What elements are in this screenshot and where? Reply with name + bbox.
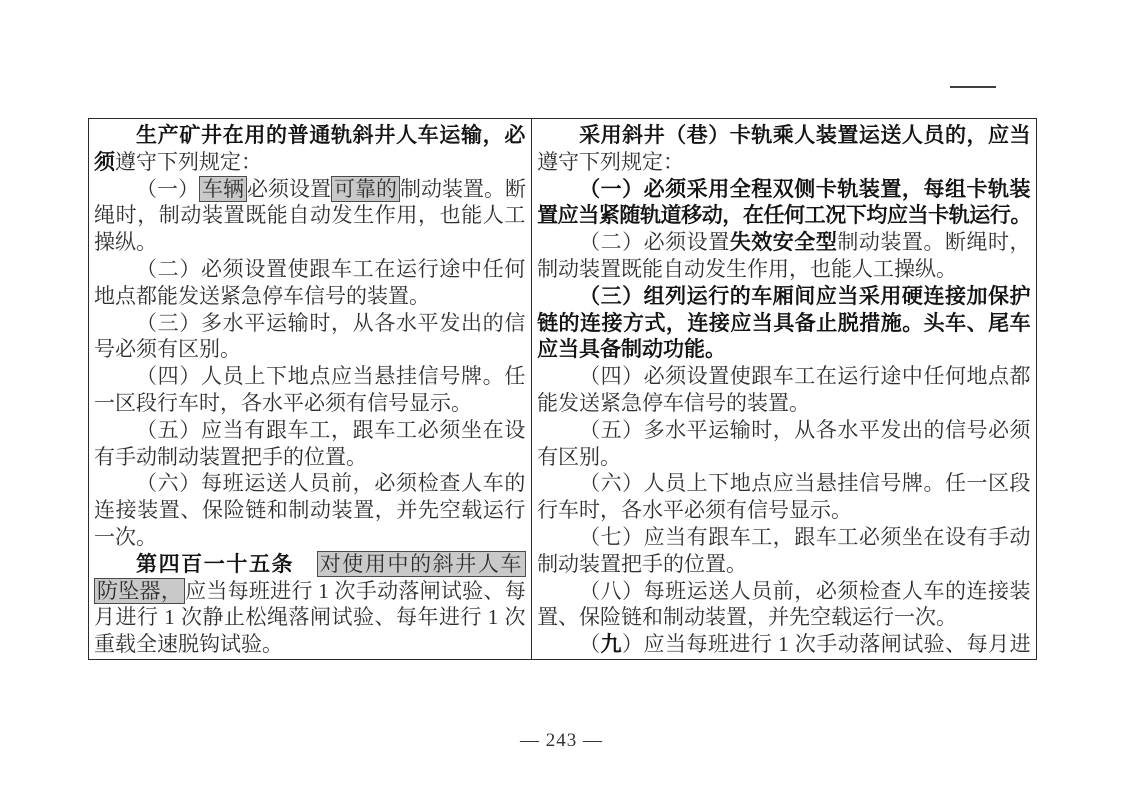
right-column: 采用斜井（巷）卡轨乘人装置运送人员的，应当遵守下列规定：（一）必须采用全程双侧卡… xyxy=(531,119,1036,659)
line-content: （二）必须设置失效安全型制动装置。断绳时， xyxy=(579,230,1031,254)
text-line: （五）应当有跟车工，跟车工必须坐在设 xyxy=(94,417,526,444)
line-content: 置应当紧随轨道移动，在任何工况下均应当卡轨运行。 xyxy=(537,203,1031,227)
line-content: 采用斜井（巷）卡轨乘人装置运送人员的，应当 xyxy=(579,123,1031,147)
text-run: （三）多水平运输时，从各水平发出的信 xyxy=(136,311,526,335)
text-line: 须遵守下列规定： xyxy=(94,149,526,176)
comparison-table: 生产矿井在用的普通轨斜井人车运输，必须遵守下列规定：（一）车辆必须设置可靠的制动… xyxy=(88,118,1037,660)
text-run: 九 xyxy=(601,633,622,656)
text-run: （四）人员上下地点应当悬挂信号牌。任 xyxy=(136,364,526,388)
text-run: （二）必须设置使跟车工在运行途中任何 xyxy=(136,257,526,281)
text-line: 一区段行车时，各水平必须有信号显示。 xyxy=(94,390,526,417)
text-line: （三）多水平运输时，从各水平发出的信 xyxy=(94,310,526,337)
text-line: 有手动制动装置把手的位置。 xyxy=(94,444,526,471)
line-content: （四）必须设置使跟车工在运行途中任何地点都 xyxy=(579,364,1031,388)
line-content: （六）人员上下地点应当悬挂信号牌。任一区段 xyxy=(579,471,1031,495)
line-content: （九）应当每班进行 1 次手动落闸试验、每月进 xyxy=(579,632,1031,656)
text-run: 遵守下列规定： xyxy=(537,150,684,174)
text-run: 失效安全型 xyxy=(730,231,838,254)
line-content: 应当具备制动功能。 xyxy=(537,337,726,361)
text-run: 一次。 xyxy=(94,525,157,549)
text-run: （五）应当有跟车工，跟车工必须坐在设 xyxy=(136,418,526,442)
line-content: 制动装置既能自动发生作用，也能人工操纵。 xyxy=(537,257,957,281)
line-content: （三）多水平运输时，从各水平发出的信 xyxy=(136,311,526,335)
text-run: 置应当紧随轨道移动，在任何工况下均应当卡轨运行。 xyxy=(537,204,1031,227)
text-run: （一）必须采用全程双侧卡轨装置，每组卡轨装 xyxy=(579,178,1031,201)
line-content: 有手动制动装置把手的位置。 xyxy=(94,445,367,469)
text-run: 采用斜井（巷）卡轨乘人装置运送人员的，应当 xyxy=(579,124,1031,147)
line-content: 号必须有区别。 xyxy=(94,337,241,361)
text-line: 应当具备制动功能。 xyxy=(537,336,1031,363)
text-run: （三）组列运行的车厢间应当采用硬连接加保护 xyxy=(579,285,1031,308)
text-run: 绳时，制动装置既能自动发生作用，也能人工 xyxy=(94,203,526,227)
line-content: （七）应当有跟车工，跟车工必须坐在设有手动 xyxy=(579,525,1031,549)
line-content: （二）必须设置使跟车工在运行途中任何 xyxy=(136,257,526,281)
text-run: 制动装置。断绳时， xyxy=(837,230,1031,254)
text-run: 一区段行车时，各水平必须有信号显示。 xyxy=(94,391,472,415)
line-content: （五）应当有跟车工，跟车工必须坐在设 xyxy=(136,418,526,442)
text-run: 应当每班进行 1 次手动落闸试验、每 xyxy=(185,579,526,603)
text-run: 有区别。 xyxy=(537,445,621,469)
line-content: 操纵。 xyxy=(94,230,157,254)
text-run: 链的连接方式，连接应当具备止脱措施。头车、尾车 xyxy=(537,312,1031,335)
highlight-box: 车辆 xyxy=(199,176,247,202)
line-content: 须遵守下列规定： xyxy=(94,150,262,174)
page-number: — 243 — xyxy=(0,730,1123,752)
text-line: （三）组列运行的车厢间应当采用硬连接加保护 xyxy=(537,283,1031,310)
text-line: 置应当紧随轨道移动，在任何工况下均应当卡轨运行。 xyxy=(537,202,1031,229)
text-run: 生产矿井在用的普通轨斜井人车运输，必 xyxy=(136,124,526,147)
line-content: 一次。 xyxy=(94,525,157,549)
line-content: （四）人员上下地点应当悬挂信号牌。任 xyxy=(136,364,526,388)
text-line: 能发送紧急停车信号的装置。 xyxy=(537,390,1031,417)
text-run: 遵守下列规定： xyxy=(115,150,262,174)
text-run: 月进行 1 次静止松绳落闸试验、每年进行 1 次 xyxy=(94,605,526,629)
text-run: 制动装置。断 xyxy=(400,177,526,201)
text-line: （九）应当每班进行 1 次手动落闸试验、每月进 xyxy=(537,631,1031,658)
line-content: 行车时，各水平必须有信号显示。 xyxy=(537,498,852,522)
text-run: （八）每班运送人员前，必须检查人车的连接装 xyxy=(579,579,1031,603)
text-line: 第四百一十五条 对使用中的斜井人车 xyxy=(94,551,526,578)
text-line: 置、保险链和制动装置，并先空载运行一次。 xyxy=(537,604,1031,631)
text-line: （四）必须设置使跟车工在运行途中任何地点都 xyxy=(537,363,1031,390)
text-line: 连接装置、保险链和制动装置，并先空载运行 xyxy=(94,497,526,524)
line-content: 防坠器，应当每班进行 1 次手动落闸试验、每 xyxy=(94,578,526,604)
text-line: （一）车辆必须设置可靠的制动装置。断 xyxy=(94,176,526,203)
text-line: （七）应当有跟车工，跟车工必须坐在设有手动 xyxy=(537,524,1031,551)
line-content: （六）每班运送人员前，必须检查人车的 xyxy=(136,471,526,495)
text-run: 有手动制动装置把手的位置。 xyxy=(94,445,367,469)
text-line: 行车时，各水平必须有信号显示。 xyxy=(537,497,1031,524)
text-line: （六）人员上下地点应当悬挂信号牌。任一区段 xyxy=(537,470,1031,497)
text-line: 采用斜井（巷）卡轨乘人装置运送人员的，应当 xyxy=(537,122,1031,149)
text-line: 重载全速脱钩试验。 xyxy=(94,631,526,658)
line-content: 有区别。 xyxy=(537,445,621,469)
text-run xyxy=(294,552,317,576)
text-line: 防坠器，应当每班进行 1 次手动落闸试验、每 xyxy=(94,578,526,605)
text-run: 须 xyxy=(94,151,115,174)
text-run: （四）必须设置使跟车工在运行途中任何地点都 xyxy=(579,364,1031,388)
line-content: （一）车辆必须设置可靠的制动装置。断 xyxy=(136,176,526,202)
text-line: 链的连接方式，连接应当具备止脱措施。头车、尾车 xyxy=(537,310,1031,337)
text-line: 月进行 1 次静止松绳落闸试验、每年进行 1 次 xyxy=(94,604,526,631)
left-column: 生产矿井在用的普通轨斜井人车运输，必须遵守下列规定：（一）车辆必须设置可靠的制动… xyxy=(89,119,531,659)
text-line: 一次。 xyxy=(94,524,526,551)
text-run: 应当具备制动功能。 xyxy=(537,338,726,361)
text-line: （二）必须设置使跟车工在运行途中任何 xyxy=(94,256,526,283)
text-run: 制动装置把手的位置。 xyxy=(537,552,747,576)
text-run: 能发送紧急停车信号的装置。 xyxy=(537,391,810,415)
text-line: 地点都能发送紧急停车信号的装置。 xyxy=(94,283,526,310)
line-content: 能发送紧急停车信号的装置。 xyxy=(537,391,810,415)
text-run: 操纵。 xyxy=(94,230,157,254)
text-run: （六）人员上下地点应当悬挂信号牌。任一区段 xyxy=(579,471,1031,495)
text-run: 行车时，各水平必须有信号显示。 xyxy=(537,498,852,522)
line-content: 链的连接方式，连接应当具备止脱措施。头车、尾车 xyxy=(537,311,1031,335)
line-content: 地点都能发送紧急停车信号的装置。 xyxy=(94,284,430,308)
text-line: 遵守下列规定： xyxy=(537,149,1031,176)
text-line: （八）每班运送人员前，必须检查人车的连接装 xyxy=(537,578,1031,605)
highlight-box: 防坠器， xyxy=(94,578,185,604)
line-content: 重载全速脱钩试验。 xyxy=(94,632,283,656)
text-line: （五）多水平运输时，从各水平发出的信号必须 xyxy=(537,417,1031,444)
text-line: 操纵。 xyxy=(94,229,526,256)
highlight-box: 对使用中的斜井人车 xyxy=(317,551,526,577)
line-content: 绳时，制动装置既能自动发生作用，也能人工 xyxy=(94,203,526,227)
text-run: 重载全速脱钩试验。 xyxy=(94,632,283,656)
text-run: （二）必须设置 xyxy=(579,230,730,254)
line-content: 置、保险链和制动装置，并先空载运行一次。 xyxy=(537,605,957,629)
text-run: （六）每班运送人员前，必须检查人车的 xyxy=(136,471,526,495)
text-line: （六）每班运送人员前，必须检查人车的 xyxy=(94,470,526,497)
highlight-box: 可靠的 xyxy=(331,176,400,202)
line-content: 第四百一十五条 对使用中的斜井人车 xyxy=(136,552,526,576)
line-content: 生产矿井在用的普通轨斜井人车运输，必 xyxy=(136,123,526,147)
text-run: （一） xyxy=(136,177,199,201)
text-run: 号必须有区别。 xyxy=(94,337,241,361)
text-line: 绳时，制动装置既能自动发生作用，也能人工 xyxy=(94,202,526,229)
line-content: 一区段行车时，各水平必须有信号显示。 xyxy=(94,391,472,415)
text-line: （四）人员上下地点应当悬挂信号牌。任 xyxy=(94,363,526,390)
text-run: （ xyxy=(579,632,600,656)
text-line: 有区别。 xyxy=(537,444,1031,471)
text-run: 制动装置既能自动发生作用，也能人工操纵。 xyxy=(537,257,957,281)
line-content: 连接装置、保险链和制动装置，并先空载运行 xyxy=(94,498,526,522)
line-content: （八）每班运送人员前，必须检查人车的连接装 xyxy=(579,579,1031,603)
text-line: 号必须有区别。 xyxy=(94,336,526,363)
text-run: ）应当每班进行 1 次手动落闸试验、每月进 xyxy=(622,632,1031,656)
text-line: 制动装置既能自动发生作用，也能人工操纵。 xyxy=(537,256,1031,283)
stray-rule-mark xyxy=(950,86,996,88)
line-content: （五）多水平运输时，从各水平发出的信号必须 xyxy=(579,418,1031,442)
line-content: （一）必须采用全程双侧卡轨装置，每组卡轨装 xyxy=(579,177,1031,201)
text-line: （一）必须采用全程双侧卡轨装置，每组卡轨装 xyxy=(537,176,1031,203)
text-run: （七）应当有跟车工，跟车工必须坐在设有手动 xyxy=(579,525,1031,549)
text-line: 生产矿井在用的普通轨斜井人车运输，必 xyxy=(94,122,526,149)
text-run: 连接装置、保险链和制动装置，并先空载运行 xyxy=(94,498,526,522)
text-line: （二）必须设置失效安全型制动装置。断绳时， xyxy=(537,229,1031,256)
text-run: 置、保险链和制动装置，并先空载运行一次。 xyxy=(537,605,957,629)
line-content: 月进行 1 次静止松绳落闸试验、每年进行 1 次 xyxy=(94,605,526,629)
text-run: 必须设置 xyxy=(247,177,331,201)
text-run: 第四百一十五条 xyxy=(136,553,294,576)
text-run: 地点都能发送紧急停车信号的装置。 xyxy=(94,284,430,308)
text-run: （五）多水平运输时，从各水平发出的信号必须 xyxy=(579,418,1031,442)
text-line: 制动装置把手的位置。 xyxy=(537,551,1031,578)
line-content: 制动装置把手的位置。 xyxy=(537,552,747,576)
line-content: 遵守下列规定： xyxy=(537,150,684,174)
line-content: （三）组列运行的车厢间应当采用硬连接加保护 xyxy=(579,284,1031,308)
